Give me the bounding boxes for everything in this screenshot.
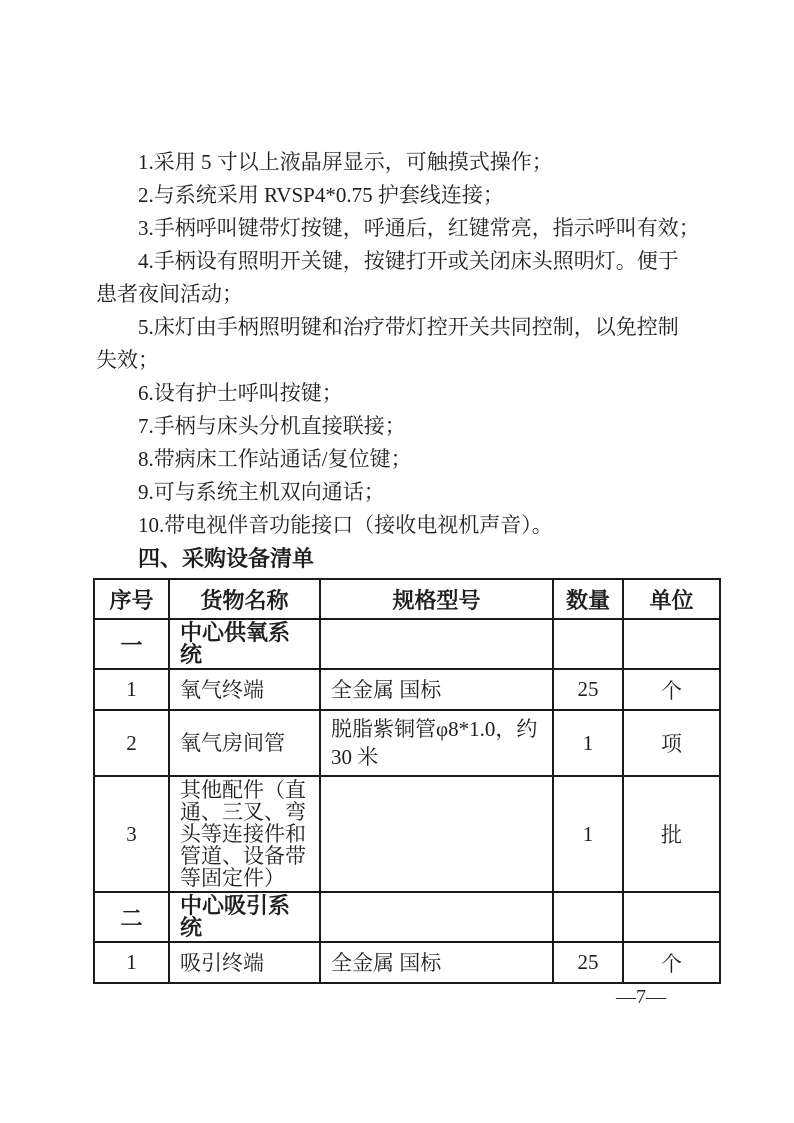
cell-spec	[320, 892, 553, 942]
header-cell-qty: 数量	[553, 579, 623, 619]
section-row-suction-system: 二 中心吸引系统	[94, 892, 720, 942]
page-number: —7—	[616, 986, 666, 1009]
cell-name: 中心吸引系统	[169, 892, 320, 942]
cell-spec	[320, 619, 553, 669]
list-item-4-continued: 患者夜间活动；	[96, 278, 712, 311]
cell-name: 氧气终端	[169, 669, 320, 710]
section-heading: 四、采购设备清单	[96, 542, 712, 575]
cell-unit: 个	[623, 669, 720, 710]
table-row-suction-terminal: 1 吸引终端 全金属 国标 25 个	[94, 942, 720, 983]
equipment-table: 序号 货物名称 规格型号 数量 单位 一 中心供氧系统 1 氧气终端 全金属 国…	[93, 578, 721, 984]
cell-qty: 1	[553, 710, 623, 776]
cell-spec: 全金属 国标	[320, 942, 553, 983]
list-item-9: 9.可与系统主机双向通话；	[96, 476, 712, 509]
table-header-row: 序号 货物名称 规格型号 数量 单位	[94, 579, 720, 619]
cell-no: 一	[94, 619, 169, 669]
cell-qty	[553, 619, 623, 669]
list-item-7: 7.手柄与床头分机直接联接；	[96, 410, 712, 443]
header-cell-unit: 单位	[623, 579, 720, 619]
table-row-oxygen-terminal: 1 氧气终端 全金属 国标 25 个	[94, 669, 720, 710]
cell-name: 氧气房间管	[169, 710, 320, 776]
cell-spec: 全金属 国标	[320, 669, 553, 710]
section-row-oxygen-supply: 一 中心供氧系统	[94, 619, 720, 669]
header-cell-spec: 规格型号	[320, 579, 553, 619]
cell-no: 二	[94, 892, 169, 942]
cell-spec: 脱脂紫铜管φ8*1.0，约 30 米	[320, 710, 553, 776]
list-item-5-continued: 失效；	[96, 344, 712, 377]
list-item-6: 6.设有护士呼叫按键；	[96, 377, 712, 410]
cell-no: 1	[94, 942, 169, 983]
list-item-4: 4.手柄设有照明开关键，按键打开或关闭床头照明灯。便于	[96, 245, 712, 278]
cell-name: 吸引终端	[169, 942, 320, 983]
list-item-8: 8.带病床工作站通话/复位键；	[96, 443, 712, 476]
cell-unit	[623, 892, 720, 942]
list-item-2: 2.与系统采用 RVSP4*0.75 护套线连接；	[96, 179, 712, 212]
cell-no: 2	[94, 710, 169, 776]
list-item-3: 3.手柄呼叫键带灯按键，呼通后，红键常亮，指示呼叫有效；	[96, 212, 712, 245]
cell-qty: 25	[553, 942, 623, 983]
header-cell-no: 序号	[94, 579, 169, 619]
cell-no: 3	[94, 776, 169, 892]
cell-unit: 个	[623, 942, 720, 983]
list-item-10: 10.带电视伴音功能接口（接收电视机声音）。	[96, 509, 712, 542]
cell-no: 1	[94, 669, 169, 710]
cell-name: 中心供氧系统	[169, 619, 320, 669]
cell-name: 其他配件（直 通、三叉、弯 头等连接件和 管道、设备带 等固定件）	[169, 776, 320, 892]
table-row-oxygen-room-pipe: 2 氧气房间管 脱脂紫铜管φ8*1.0，约 30 米 1 项	[94, 710, 720, 776]
cell-qty: 1	[553, 776, 623, 892]
cell-unit: 批	[623, 776, 720, 892]
cell-spec	[320, 776, 553, 892]
table-row-other-fittings: 3 其他配件（直 通、三叉、弯 头等连接件和 管道、设备带 等固定件） 1 批	[94, 776, 720, 892]
body-text-block: 1.采用 5 寸以上液晶屏显示，可触摸式操作； 2.与系统采用 RVSP4*0.…	[96, 146, 712, 575]
cell-unit	[623, 619, 720, 669]
cell-qty: 25	[553, 669, 623, 710]
cell-unit: 项	[623, 710, 720, 776]
list-item-5: 5.床灯由手柄照明键和治疗带灯控开关共同控制，以免控制	[96, 311, 712, 344]
header-cell-name: 货物名称	[169, 579, 320, 619]
document-page: 1.采用 5 寸以上液晶屏显示，可触摸式操作； 2.与系统采用 RVSP4*0.…	[0, 0, 794, 1123]
cell-qty	[553, 892, 623, 942]
list-item-1: 1.采用 5 寸以上液晶屏显示，可触摸式操作；	[96, 146, 712, 179]
